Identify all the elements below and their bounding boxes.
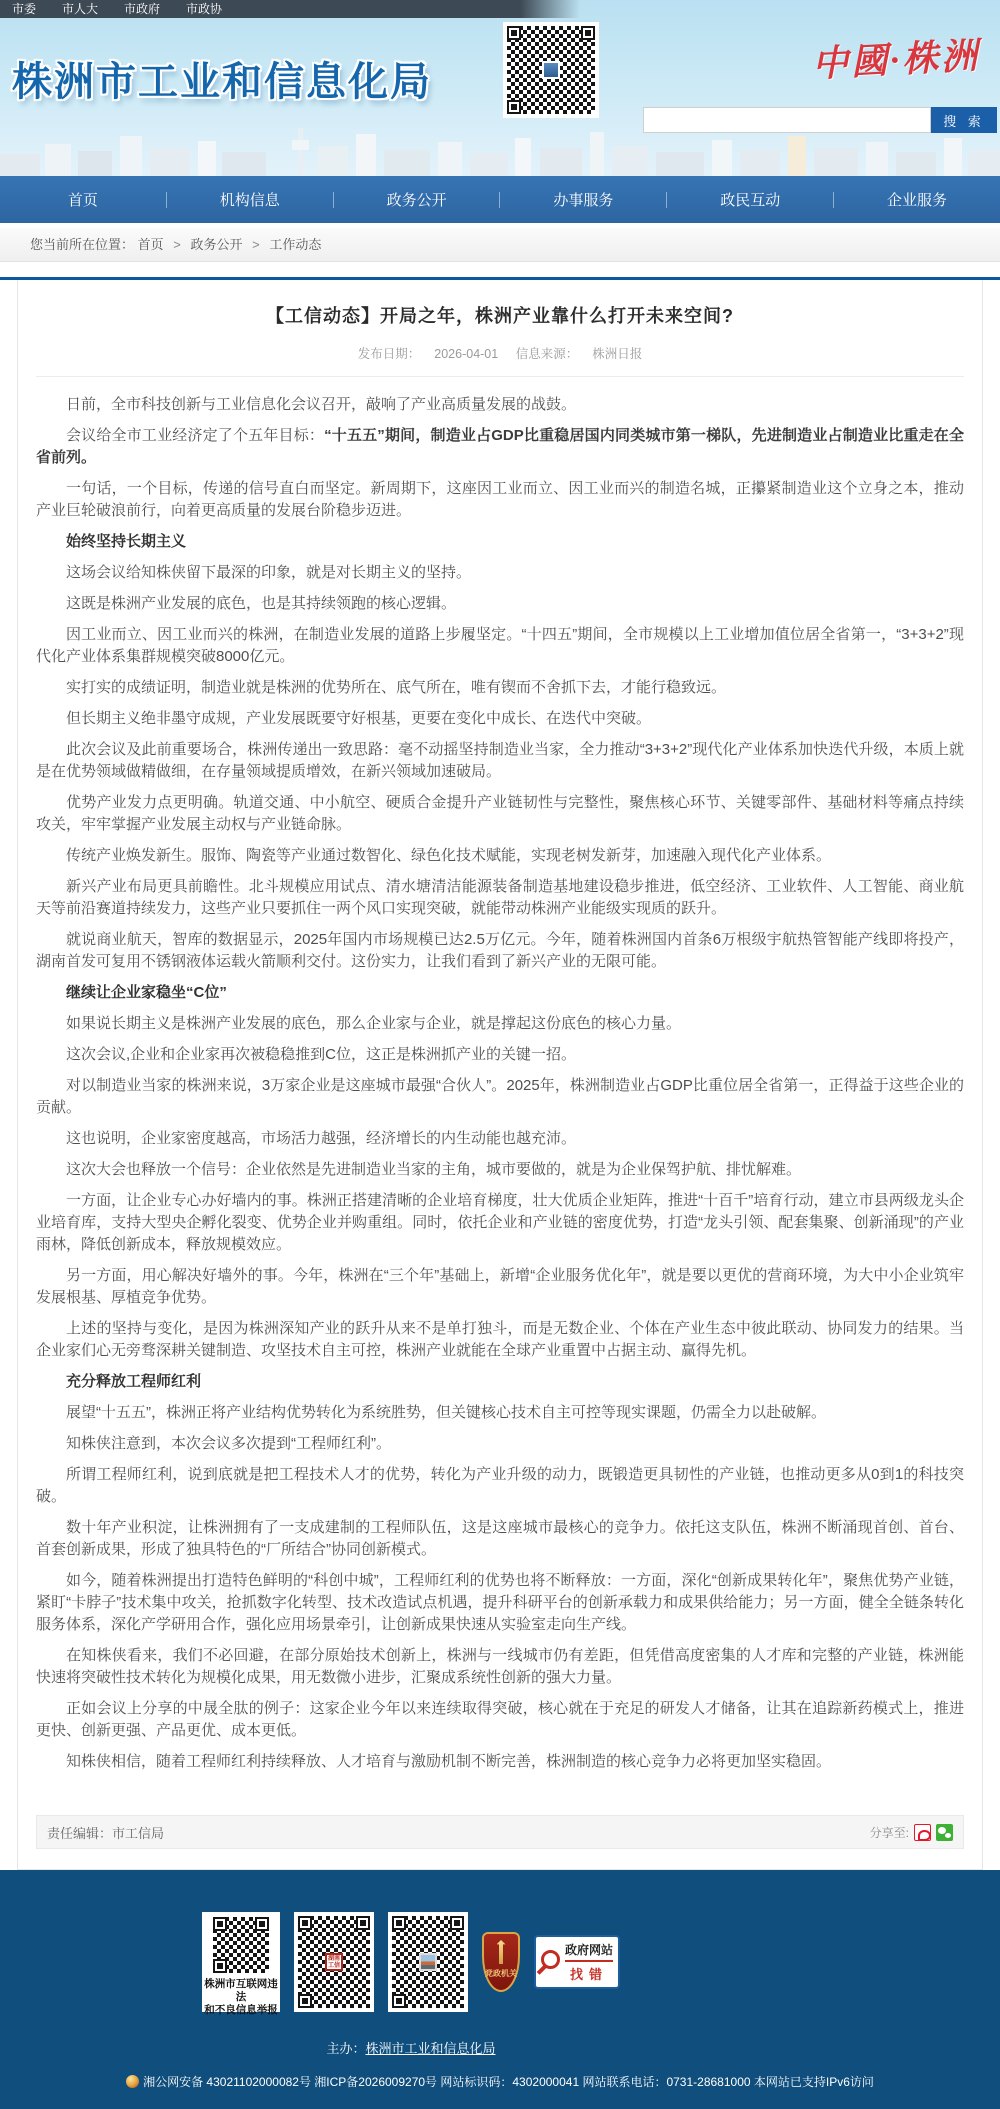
nav-item[interactable]: 政务公开	[334, 189, 500, 210]
main-navigation: 首页 机构信息 政务公开 办事服务 政民互动 企业服务	[0, 176, 1000, 223]
section-heading: 充分释放工程师红利	[36, 1371, 964, 1393]
article-paragraph: 但长期主义绝非墨守成规，产业发展既要守好根基，更要在变化中成长、在迭代中突破。	[36, 708, 964, 730]
article-paragraph: 另一方面，用心解决好墙外的事。今年，株洲在“三个年”基础上，新增“企业服务优化年…	[36, 1265, 964, 1309]
article-paragraph: 在知株侠看来，我们不必回避，在部分原始技术创新上，株洲与一线城市仍有差距，但凭借…	[36, 1645, 964, 1689]
article-paragraph: 会议给全市工业经济定了个五年目标：“十五五”期间，制造业占GDP比重稳居国内同类…	[36, 425, 964, 469]
section-heading: 继续让企业家稳坐“C位”	[36, 982, 964, 1004]
editor-name: 市工信局	[112, 1826, 164, 1841]
article-paragraph: 优势产业发力点更明确。轨道交通、中小航空、硬质合金提升产业链韧性与完整性，聚焦核…	[36, 792, 964, 836]
nav-item[interactable]: 机构信息	[167, 189, 333, 210]
article-paragraph: 传统产业焕发新生。服饰、陶瓷等产业通过数智化、绿色化技术赋能，实现老树发新芽，加…	[36, 845, 964, 867]
party-gov-badge[interactable]: 党政机关	[482, 1932, 520, 1992]
zhuzhou-media-qr-box	[388, 1912, 468, 2012]
editor-info: 责任编辑：市工信局	[47, 1823, 164, 1842]
topbar-link[interactable]: 市政协	[186, 2, 222, 16]
breadcrumb: 您当前所在位置： 首页 > 政务公开 > 工作动态	[0, 228, 1000, 262]
nav-item[interactable]: 企业服务	[834, 189, 1000, 210]
host-link[interactable]: 株洲市工业和信息化局	[366, 2041, 496, 2056]
share-bar: 分享至:	[870, 1824, 953, 1841]
source-label: 信息来源：	[516, 347, 579, 361]
report-caption: 株洲市互联网违法 和不良信息举报	[202, 1978, 280, 2017]
publish-date: 2026-04-01	[434, 347, 498, 361]
report-qr-code	[213, 1917, 269, 1973]
wechat-icon[interactable]	[936, 1824, 953, 1841]
topbar-link[interactable]: 市人大	[62, 2, 98, 16]
nav-item[interactable]: 首页	[0, 189, 166, 210]
china-zhuzhou-logo: 中國·株洲	[811, 28, 981, 88]
article-paragraph: 对以制造业当家的株洲来说，3万家企业是这座城市最强“合伙人”。2025年，株洲制…	[36, 1075, 964, 1119]
article-paragraph: 一方面，让企业专心办好墙内的事。株洲正搭建清晰的企业培育梯度，壮大优质企业矩阵，…	[36, 1190, 964, 1256]
article-paragraph: 上述的坚持与变化，是因为株洲深知产业的跃升从来不是单打独斗，而是无数企业、个体在…	[36, 1318, 964, 1362]
top-link-bar: 市委市人大市政府市政协	[0, 0, 1000, 18]
article-paragraph: 这既是株洲产业发展的底色，也是其持续领跑的核心逻辑。	[36, 593, 964, 615]
public-security-badge-icon	[126, 2075, 139, 2088]
source: 株洲日报	[592, 347, 642, 361]
wechat-official-qr-box: 湖南工信	[294, 1912, 374, 2012]
topbar-link[interactable]: 市委	[12, 2, 36, 16]
article-paragraph: 此次会议及此前重要场合，株洲传递出一致思路：毫不动摇坚持制造业当家，全力推动“3…	[36, 739, 964, 783]
article-paragraph: 所谓工程师红利，说到底就是把工程技术人才的优势，转化为产业升级的动力，既锻造更具…	[36, 1464, 964, 1508]
record-line: 湘公网安备 43021102000082号 湘ICP备2026009270号 网…	[0, 2073, 1000, 2090]
share-label: 分享至:	[870, 1824, 909, 1841]
article-paragraph: 数十年产业积淀，让株洲拥有了一支成建制的工程师队伍，这是这座城市最核心的竞争力。…	[36, 1517, 964, 1561]
editor-label: 责任编辑：	[47, 1826, 112, 1841]
article-paragraph: 实打实的成绩证明，制造业就是株洲的优势所在、底气所在，唯有锲而不舍抓下去，才能行…	[36, 677, 964, 699]
article-paragraph: 一句话，一个目标，传递的信号直白而坚定。新周期下，这座因工业而立、因工业而兴的制…	[36, 478, 964, 522]
breadcrumb-separator: >	[173, 237, 181, 252]
site-header: 市委市人大市政府市政协 株洲市工业和信息化局 中國·株洲 搜 索	[0, 0, 1000, 223]
article-paragraph: 知株侠注意到，本次会议多次提到“工程师红利”。	[36, 1433, 964, 1455]
article-body: 日前，全市科技创新与工业信息化会议召开，敲响了产业高质量发展的战鼓。会议给全市工…	[36, 377, 964, 1773]
article-paragraph: 如果说长期主义是株洲产业发展的底色，那么企业家与企业，就是撑起这份底色的核心力量…	[36, 1013, 964, 1035]
breadcrumb-link[interactable]: 政务公开	[191, 237, 243, 252]
host-line: 主办：株洲市工业和信息化局	[0, 2038, 822, 2057]
article-paragraph: 日前，全市科技创新与工业信息化会议召开，敲响了产业高质量发展的战鼓。	[36, 394, 964, 416]
article-paragraph: 正如会议上分享的中晟全肽的例子：这家企业今年以来连续取得突破，核心就在于充足的研…	[36, 1698, 964, 1742]
article-paragraph: 这也说明，企业家密度越高，市场活力越强，经济增长的内生动能也越充沛。	[36, 1128, 964, 1150]
article-paragraph: 展望“十五五”，株洲正将产业结构优势转化为系统胜势，但关键核心技术自主可控等现实…	[36, 1402, 964, 1424]
host-label: 主办：	[326, 2041, 365, 2056]
article-paragraph: 这次大会也释放一个信号：企业依然是先进制造业当家的主角，城市要做的，就是为企业保…	[36, 1159, 964, 1181]
footer-badge-row: 株洲市互联网违法 和不良信息举报 湖南工信 党政机关	[0, 1912, 822, 2012]
qr-center-logo	[542, 61, 560, 79]
site-title: 株洲市工业和信息化局	[12, 50, 432, 107]
party-gov-label: 党政机关	[485, 1968, 517, 1979]
nav-item[interactable]: 办事服务	[500, 189, 666, 210]
article-paragraph: 因工业而立、因工业而兴的株洲，在制造业发展的道路上步履坚定。“十四五”期间，全市…	[36, 624, 964, 668]
illegal-report-qr-box[interactable]: 株洲市互联网违法 和不良信息举报	[202, 1912, 280, 2012]
breadcrumb-link[interactable]: 首页	[138, 237, 164, 252]
record-text: 湘公网安备 43021102000082号 湘ICP备2026009270号 网…	[143, 2075, 874, 2089]
article-paragraph: 新兴产业布局更具前瞻性。北斗规模应用试点、清水塘清洁能源装备制造基地建设稳步推进…	[36, 876, 964, 920]
article-footer-bar: 责任编辑：市工信局 分享至:	[36, 1815, 964, 1849]
party-gov-emblem-icon	[497, 1940, 506, 1964]
find-error-badge[interactable]: 政府网站 找错	[534, 1935, 620, 1989]
article-paragraph: 这场会议给知株侠留下最深的印象，就是对长期主义的坚持。	[36, 562, 964, 584]
article-paragraph: 这次会议,企业和企业家再次被稳稳推到C位，这正是株洲抓产业的关键一招。	[36, 1044, 964, 1066]
article-paragraph: 就说商业航天，智库的数据显示，2025年国内市场规模已达2.5万亿元。今年，随着…	[36, 929, 964, 973]
breadcrumb-prefix: 您当前所在位置：	[30, 237, 134, 252]
section-heading: 始终坚持长期主义	[36, 531, 964, 553]
topbar-link[interactable]: 市政府	[124, 2, 160, 16]
find-error-title: 政府网站	[565, 1941, 613, 1962]
article-title: 【工信动态】开局之年，株洲产业靠什么打开未来空间?	[36, 302, 964, 328]
article-container: 【工信动态】开局之年，株洲产业靠什么打开未来空间? 发布日期：2026-04-0…	[17, 280, 983, 1870]
article-paragraph: 知株侠相信，随着工程师红利持续释放、人才培育与激励机制不断完善，株洲制造的核心竞…	[36, 1751, 964, 1773]
article-paragraph: 如今，随着株洲提出打造特色鲜明的“科创中城”，工程师红利的优势也将不断释放：一方…	[36, 1570, 964, 1636]
publish-date-label: 发布日期：	[358, 347, 421, 361]
find-error-action: 找错	[565, 1964, 613, 1983]
site-footer: 株洲市互联网违法 和不良信息举报 湖南工信 党政机关	[0, 1870, 1000, 2109]
site-qr-code	[503, 22, 599, 118]
nav-item[interactable]: 政民互动	[667, 189, 833, 210]
qr-photo-logo	[419, 1953, 437, 1971]
magnifier-icon	[541, 1950, 560, 1969]
city-skyline-image	[0, 126, 1000, 176]
article-meta: 发布日期：2026-04-01 信息来源：株洲日报	[36, 344, 964, 377]
hunan-gongxin-seal: 湖南工信	[325, 1953, 343, 1971]
breadcrumb-separator: >	[252, 237, 260, 252]
breadcrumb-link[interactable]: 工作动态	[269, 237, 321, 252]
weibo-icon[interactable]	[914, 1824, 931, 1841]
